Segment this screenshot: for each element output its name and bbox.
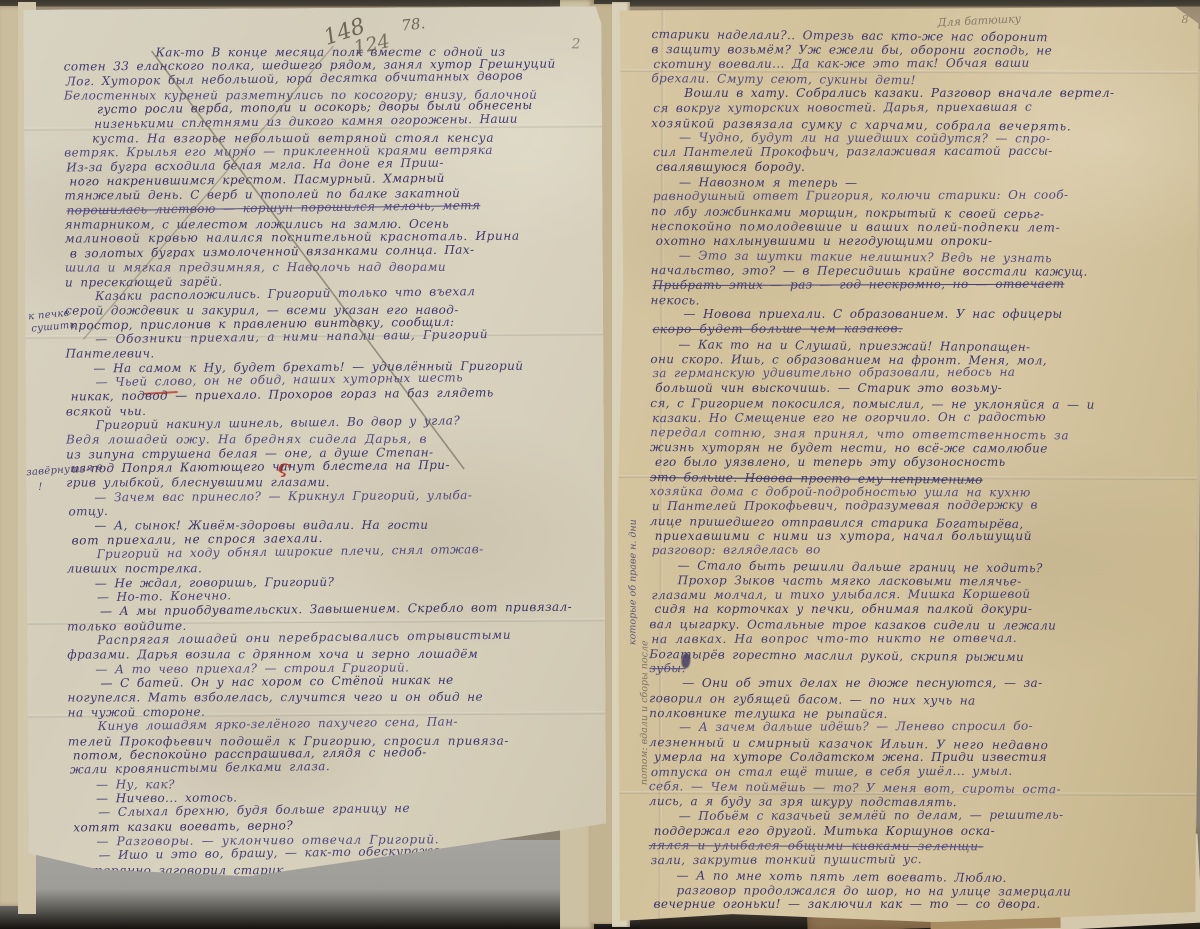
handwritten-line: равнодушный ответ Григория, колючи стари… xyxy=(653,187,1199,204)
vertical-margin-note: которые об праве н. дни xyxy=(627,519,638,645)
manuscript-right-page: Для батюшку 8 которые об праве н. дни по… xyxy=(616,5,1198,923)
handwritten-line: скотину воевали... Да как-же это так! Об… xyxy=(653,55,1198,72)
handwritten-line: грив улыбкой, блеснувшими глазами. xyxy=(66,475,606,490)
handwritten-line: отпуска он стал ещё тише, в себя ушёл...… xyxy=(651,763,1199,780)
handwritten-line: — Ну, как? xyxy=(68,776,607,791)
handwritten-line: Прибрать этих — раз — год нескромно, но … xyxy=(653,276,1199,293)
handwritten-line: большой чин выскочишь. — Старик это возь… xyxy=(655,381,1198,396)
handwritten-line: и Пантелей Прокофьевич, подразумевая под… xyxy=(652,497,1199,514)
margin-note: ! xyxy=(38,482,42,493)
handwritten-line: сидя на корточках у печки, обнимая палко… xyxy=(654,602,1198,617)
handwritten-line: свалявшуюся бороду. xyxy=(656,160,1199,175)
handwritten-line: — Побьём с казачьей землёй по делам, — р… xyxy=(651,807,1199,824)
handwritten-line: казаки. Но Смещение его не огорчило. Он … xyxy=(652,409,1198,426)
manuscript-left-page: 148 124 78. 2 к печке сушить завёрнутая … xyxy=(23,6,606,884)
handwritten-text-block: Как-то В конце месяца полк вместе с одно… xyxy=(64,42,607,877)
handwritten-line: фразами. Дарья возила с дрянном хоча и з… xyxy=(67,647,606,662)
handwritten-line: вечерние огоньки! — заключил как — то — … xyxy=(653,897,1198,912)
handwritten-line: — А зачем дальше идёшь? — Ленево спросил… xyxy=(651,718,1199,735)
handwritten-line: охотно нахлынувшими и негодующими опроки… xyxy=(656,234,1199,249)
handwritten-line: ливших пострелка. xyxy=(67,561,607,576)
handwritten-line: Пантелевич. xyxy=(65,346,606,361)
handwritten-line: зали, закрутив тонкий пушистый ус. xyxy=(651,851,1199,868)
handwritten-line: куста. На взгорье небольшой ветряной сто… xyxy=(64,131,607,146)
handwritten-line: разговор: вгляделась во xyxy=(652,541,1199,558)
handwritten-line: за германскую удивительно образовали, не… xyxy=(652,364,1198,381)
handwritten-line: сил Пантелей Прокофьич, разглаживая каса… xyxy=(653,143,1199,160)
handwritten-line: Ведя лошадей ожу. На бреднях сидела Дарь… xyxy=(66,432,607,447)
handwritten-line: ся вокруг хуторских новостей. Дарья, при… xyxy=(653,99,1198,116)
handwritten-line: — Они об этих делах не дюже песнуются, —… xyxy=(654,676,1198,691)
handwritten-line: его было уязвлено, и теперь эту обузонос… xyxy=(655,455,1199,470)
handwritten-line: поддержал его другой. Митька Коршунов ос… xyxy=(654,824,1199,839)
handwritten-line: глазами молчал, и тихо улыбался. Мишка К… xyxy=(652,586,1199,603)
handwritten-line: ногупелся. Мать взболелась, случится чег… xyxy=(68,690,607,705)
handwritten-line: умерла на хуторе Солдатском жена. Приди … xyxy=(654,750,1199,765)
handwritten-line: скоро будет больше чем казаков. xyxy=(652,320,1198,337)
pencil-annotation: Для батюшку xyxy=(937,12,1021,29)
handwritten-line: на лавках. На вопрос что-то никто не отв… xyxy=(651,630,1198,647)
handwritten-line: шила и мягкая предзимняя, с Наволочь над… xyxy=(65,260,607,275)
handwritten-line: янтарником, с шелестом ложились на замлю… xyxy=(65,217,607,232)
page-number-pencil: 78. xyxy=(401,14,427,35)
handwritten-line: Как-то В конце месяца полк вместе с одно… xyxy=(64,45,607,60)
handwritten-text-block: старики наделали?.. Отрезь вас кто-же на… xyxy=(648,27,1198,914)
